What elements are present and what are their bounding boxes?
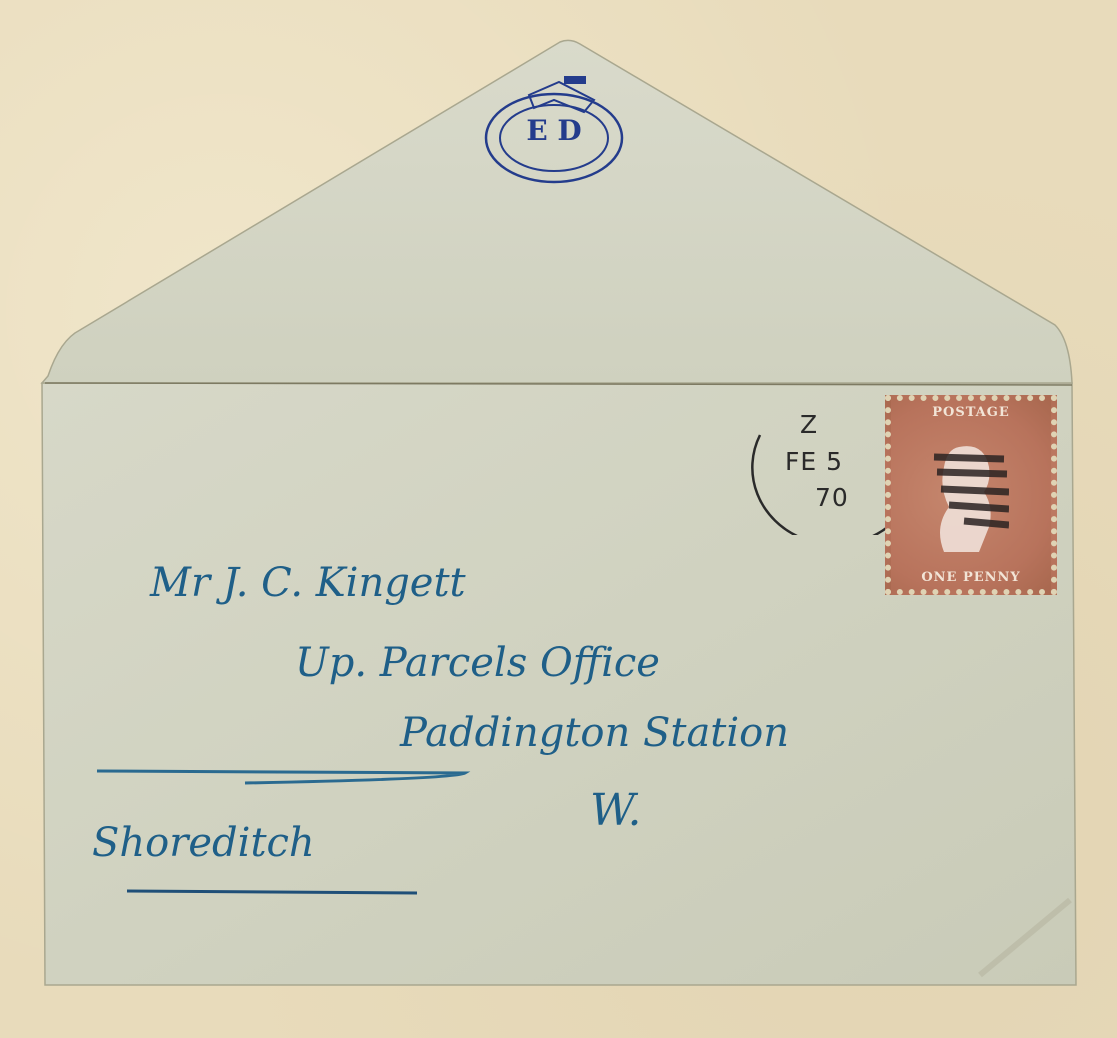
address-line-3: Paddington Station: [400, 710, 789, 756]
postmark-date: FE 5: [785, 447, 843, 476]
penny-red-stamp: POSTAGE ONE PENNY: [885, 395, 1057, 595]
stamp-top-text: POSTAGE: [891, 405, 1051, 420]
address-line-1: Mr J. C. Kingett: [150, 560, 466, 606]
monogram-initials: E D: [484, 114, 624, 147]
sender-note: Shoreditch: [92, 820, 315, 866]
monogram-crest: E D: [484, 70, 624, 185]
sender-underline: [125, 885, 425, 897]
queen-profile-icon: [929, 437, 1009, 557]
address-line-4: W.: [590, 785, 642, 836]
stamp-bottom-text: ONE PENNY: [891, 570, 1051, 585]
underline-flourish: [95, 765, 475, 795]
address-line-2: Up. Parcels Office: [295, 640, 660, 686]
postmark-year: 70: [815, 483, 849, 512]
postmark-letter: Z: [800, 410, 818, 439]
